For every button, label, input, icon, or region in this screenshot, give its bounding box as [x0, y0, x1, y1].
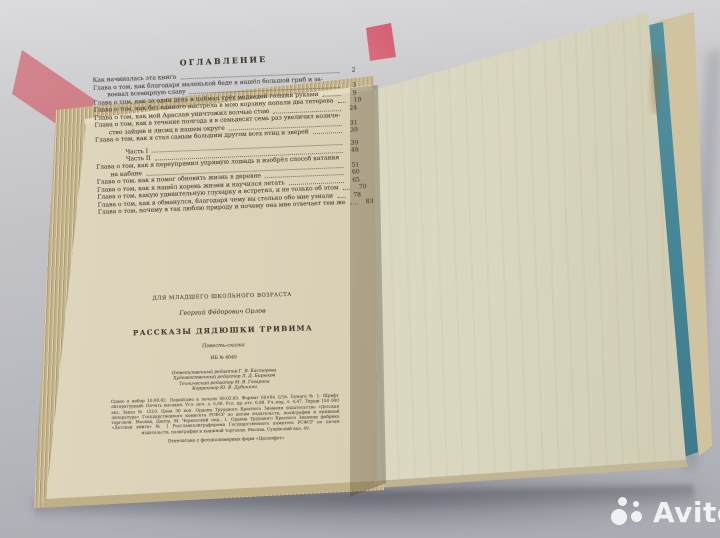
toc-page-number: 83 [360, 198, 373, 206]
imprint-author: Георгий Фёдорович Орлов [108, 306, 336, 319]
dot-leader [350, 203, 358, 205]
imprint-colophon: Сдано в набор 10.08.82. Подписано к печа… [111, 393, 340, 436]
toc-page-number: 39 [345, 126, 358, 134]
dot-leader [313, 131, 342, 134]
imprint-ib-number: ИБ № 4049 [110, 353, 338, 364]
imprint-editors: Ответственный редактор Г. В. КастороваХу… [110, 367, 339, 395]
avito-logo-icon [610, 494, 650, 532]
toc-page-number: 78 [348, 191, 361, 199]
imprint-subtitle: Повесть-сказка [109, 340, 337, 352]
imprint-book-title: РАССКАЗЫ ДЯДЮШКИ ТРИВИМА [109, 323, 337, 338]
dot-leader [323, 94, 341, 97]
toc-list: Как начиналась эта книга2Глава о том, ка… [93, 67, 361, 217]
table-of-contents: ОГЛАВЛЕНИЕ Как начиналась эта книга2Глав… [92, 52, 361, 216]
dot-leader [343, 188, 351, 190]
toc-page-number: 48 [346, 146, 359, 154]
page-stain [648, 52, 664, 114]
dot-leader [337, 196, 345, 198]
book-photo: ОГЛАВЛЕНИЕ Как начиналась эта книга2Глав… [0, 0, 720, 538]
avito-watermark-text: Avito [653, 494, 720, 532]
toc-page-number: 2 [342, 67, 355, 75]
imprint-block: ДЛЯ МЛАДШЕГО ШКОЛЬНОГО ВОЗРАСТА Георгий … [108, 291, 340, 446]
dot-leader [337, 101, 345, 103]
toc-page-number: 24 [344, 104, 357, 112]
avito-watermark: Avito [610, 494, 720, 532]
